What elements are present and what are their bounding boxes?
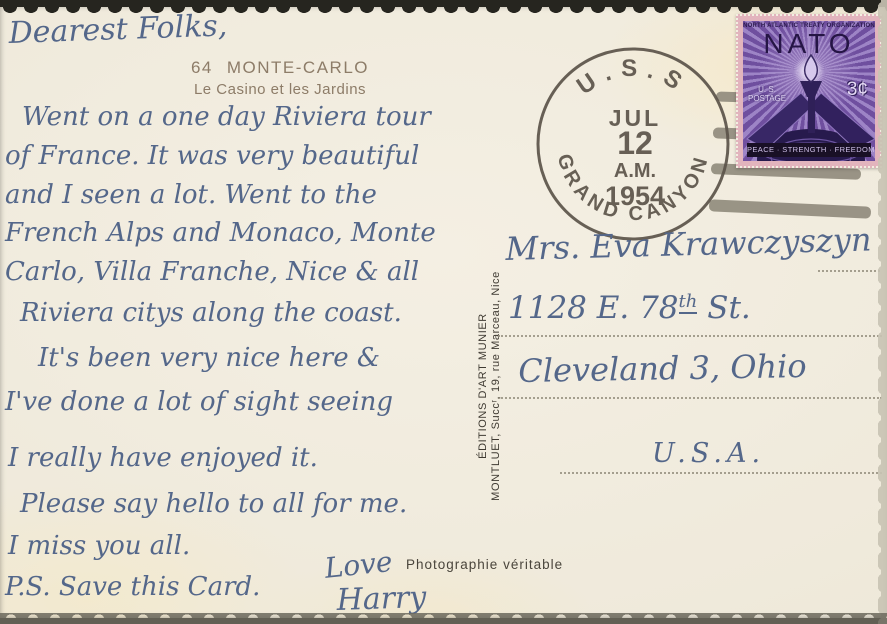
message-line: Please say hello to all for me.: [20, 489, 407, 519]
card-subtitle: Le Casino et les Jardins: [150, 81, 410, 98]
card-title-text: MONTE-CARLO: [227, 58, 369, 77]
postmark-ship: U.S.S: [572, 55, 694, 100]
svg-text:U.S.S: U.S.S: [572, 55, 694, 100]
message-line: French Alps and Monaco, Monte: [5, 218, 436, 248]
message-line: I miss you all.: [8, 531, 190, 561]
stamp-motto: PEACE · STRENGTH · FREEDOM: [747, 143, 871, 157]
publisher-line2: MONTLUET, Succʳ, 19, rue Marceau, Nice: [490, 221, 503, 551]
address-city: Cleveland 3, Ohio: [518, 347, 807, 390]
postmark-day: 12: [617, 125, 653, 161]
address-name: Mrs. Eva Krawczyszyn: [505, 220, 872, 268]
torch-cup-icon: [800, 81, 822, 97]
scan-edge-right: [878, 0, 887, 624]
scan-edge-bottom: [0, 613, 887, 624]
publisher-line1: ÉDITIONS D'ART MUNIER: [477, 221, 490, 551]
photo-note: Photographie véritable: [406, 557, 563, 572]
address-country: U.S.A.: [652, 438, 765, 469]
card-title: 64MONTE-CARLO: [150, 58, 410, 78]
message-line: of France. It was very beautiful: [5, 141, 419, 171]
address-rule-line: [818, 270, 880, 272]
postmark-year: 1954: [605, 181, 665, 211]
stamp-postage-label: U. S. POSTAGE: [748, 85, 786, 103]
address-rule-line: [498, 335, 882, 337]
torch-handle-icon: [808, 95, 815, 133]
message-line: I've done a lot of sight seeing: [5, 387, 393, 417]
stamp-denomination: 3¢: [847, 79, 868, 101]
postcard-back: Dearest Folks, 64MONTE-CARLO Le Casino e…: [0, 6, 887, 618]
postmark-stamp-cancel: U.S.S GRAND CANYON JUL 12 A.M. 1954: [533, 44, 733, 244]
message-line: Riviera citys along the coast.: [20, 298, 402, 328]
message-line: It's been very nice here &: [38, 343, 380, 373]
publisher-credit: ÉDITIONS D'ART MUNIER MONTLUET, Succʳ, 1…: [477, 221, 503, 551]
postcard-scan: Dearest Folks, 64MONTE-CARLO Le Casino e…: [0, 0, 887, 624]
scan-edge-top: [0, 0, 887, 13]
address-rule-line: [560, 472, 882, 474]
message-line: and I seen a lot. Went to the: [5, 180, 377, 210]
message-line: I really have enjoyed it.: [8, 443, 318, 473]
message-line: Carlo, Villa Franche, Nice & all: [5, 257, 419, 287]
address-rule-line: [498, 397, 882, 399]
cancellation-bar: [709, 199, 871, 218]
greeting-handwriting: Dearest Folks,: [8, 8, 228, 51]
ordinal-suffix: th: [679, 291, 698, 314]
address-street: 1128 E. 78th St.: [508, 290, 751, 326]
postmark-meridiem: A.M.: [614, 160, 656, 182]
message-line: P.S. Save this Card.: [5, 572, 260, 602]
card-number: 64: [191, 58, 213, 77]
stamp-title: NATO: [743, 28, 875, 60]
closing-word: Love: [323, 545, 394, 585]
message-line: Went on a one day Riviera tour: [22, 102, 431, 132]
postage-stamp: NORTH ATLANTIC TREATY ORGANIZATION NATO …: [736, 14, 882, 168]
stamp-design: NORTH ATLANTIC TREATY ORGANIZATION NATO …: [743, 21, 875, 161]
